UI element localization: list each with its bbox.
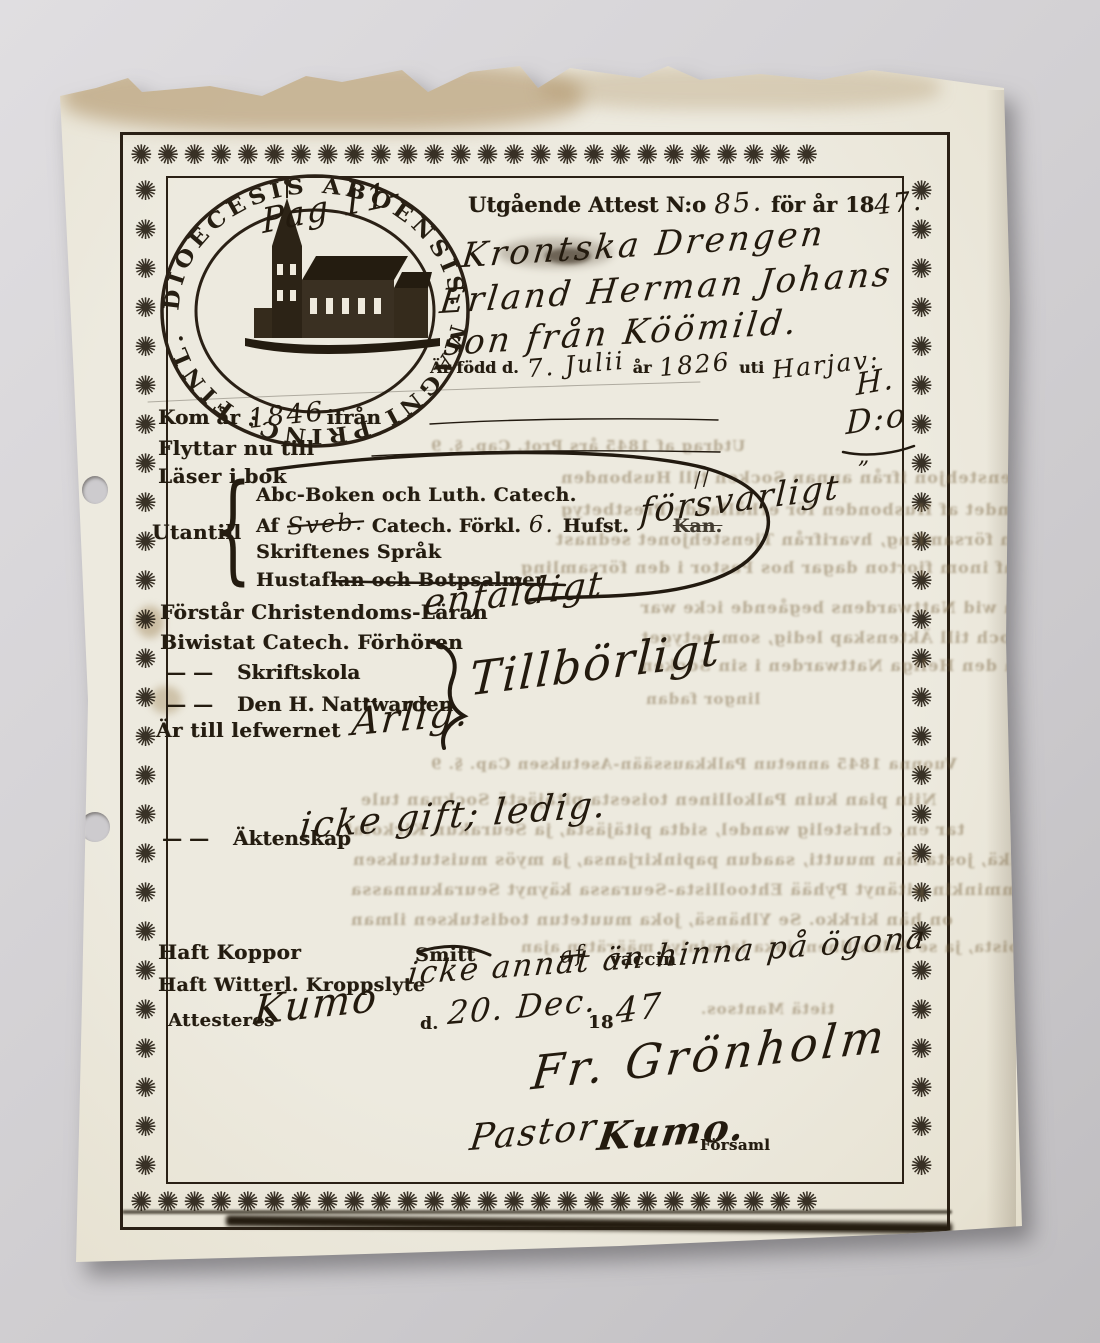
ink-bracket-catech: [432, 642, 464, 748]
ink-strokes: [0, 0, 1100, 1343]
paper-shadow: ✺✺✺✺✺✺✺✺✺✺✺✺✺✺✺✺✺✺✺✺✺✺✺✺✺✺ ✺✺✺✺✺✺✺✺✺✺✺✺✺…: [0, 0, 1100, 1343]
ink-squiggle-smitt: [418, 946, 490, 955]
ink-underline-ditto: [843, 446, 914, 454]
photo-background: ✺✺✺✺✺✺✺✺✺✺✺✺✺✺✺✺✺✺✺✺✺✺✺✺✺✺ ✺✺✺✺✺✺✺✺✺✺✺✺✺…: [0, 0, 1100, 1343]
ink-brace-big: [268, 452, 768, 600]
document-paper: ✺✺✺✺✺✺✺✺✺✺✺✺✺✺✺✺✺✺✺✺✺✺✺✺✺✺ ✺✺✺✺✺✺✺✺✺✺✺✺✺…: [0, 0, 1100, 1343]
faint-line-born: [148, 382, 700, 402]
ink-strike-hustaflan: [332, 581, 565, 585]
blank-line-kom: [430, 419, 718, 424]
